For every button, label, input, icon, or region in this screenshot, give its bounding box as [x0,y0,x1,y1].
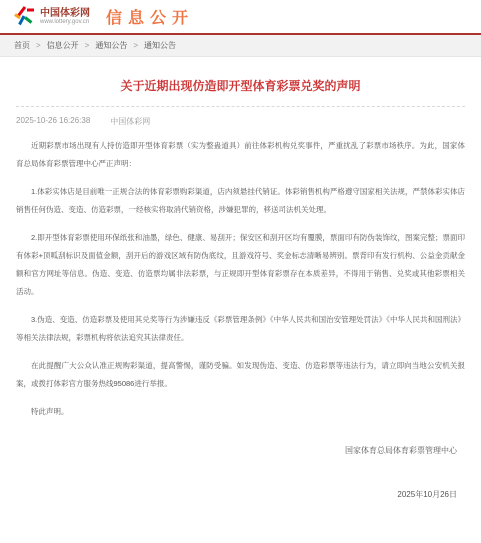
site-logo[interactable]: 中国体彩网 www.lottery.gov.cn [12,5,90,29]
breadcrumb-home[interactable]: 首页 [14,40,30,51]
paragraph-item-3: 3.伪造、变造、仿造彩票及使用其兑奖等行为涉嫌违反《彩票管理条例》《中华人民共和… [16,311,465,347]
breadcrumb-info-disclosure[interactable]: 信息公开 [47,40,79,51]
paragraph-item-2: 2.即开型体育彩票使用环保纸张和油墨，绿色、健康、易刮开；保安区和刮开区均有覆膜… [16,229,465,301]
sports-lottery-logo-icon [12,5,36,29]
breadcrumb-current[interactable]: 通知公告 [144,40,176,51]
site-header: 中国体彩网 www.lottery.gov.cn 信息公开 [0,0,481,33]
paragraph-item-1: 1.体彩实体店是目前唯一正规合法的体育彩票购彩渠道，店内须悬挂代销证。体彩销售机… [16,183,465,219]
article-content: 关于近期出现仿造即开型体育彩票兑奖的声明 2025-10-26 16:26:38… [0,77,481,500]
breadcrumb: 首页 > 信息公开 > 通知公告 > 通知公告 [0,35,481,57]
breadcrumb-separator: > [36,41,41,50]
site-url: www.lottery.gov.cn [40,19,90,26]
article-date: 2025年10月26日 [16,489,465,500]
paragraph-intro: 近期彩票市场出现有人持仿造即开型体育彩票（实为整蛊道具）前往体彩机构兑奖事件，严… [16,137,465,173]
breadcrumb-notices[interactable]: 通知公告 [95,40,127,51]
article-body: 近期彩票市场出现有人持仿造即开型体育彩票（实为整蛊道具）前往体彩机构兑奖事件，严… [16,137,465,421]
paragraph-reminder: 在此提醒广大公众认准正规购彩渠道，提高警惕，谨防受骗。如发现伪造、变造、仿造彩票… [16,357,465,393]
publish-time: 2025-10-26 16:26:38 [16,116,90,127]
article-signature: 国家体育总局体育彩票管理中心 [16,445,465,456]
title-divider [16,106,465,107]
section-title: 信息公开 [106,5,194,28]
breadcrumb-separator: > [85,41,90,50]
article-title: 关于近期出现仿造即开型体育彩票兑奖的声明 [16,77,465,94]
site-name: 中国体彩网 [40,8,90,19]
breadcrumb-separator: > [133,41,138,50]
paragraph-closing: 特此声明。 [16,403,465,421]
article-meta: 2025-10-26 16:26:38 中国体彩网 [16,116,465,127]
article-source: 中国体彩网 [110,116,150,127]
